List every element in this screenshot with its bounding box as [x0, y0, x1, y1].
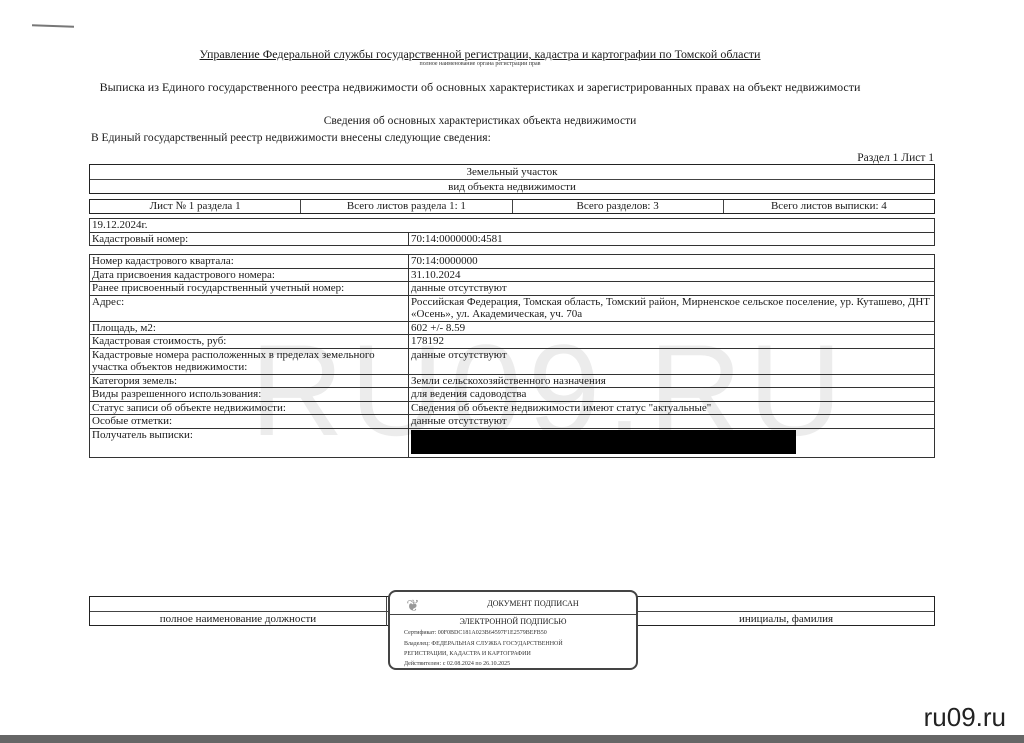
row-label: Кадастровая стоимость, руб: — [90, 335, 409, 349]
stamp-line-2: ЭЛЕКТРОННОЙ ПОДПИСЬЮ — [390, 614, 636, 626]
row-value: Российская Федерация, Томская область, Т… — [409, 295, 935, 321]
table-row: Кадастровые номера расположенных в преде… — [90, 348, 935, 374]
table-row: 19.12.2024г. — [90, 219, 935, 233]
initials-caption: инициалы, фамилия — [637, 612, 934, 626]
table-row: Статус записи об объекте недвижимости:Св… — [90, 401, 935, 415]
object-type-box: Земельный участок вид объекта недвижимос… — [89, 164, 935, 194]
table-row: Категория земель:Земли сельскохозяйствен… — [90, 374, 935, 388]
stamp-line-1: ДОКУМЕНТ ПОДПИСАН — [430, 599, 636, 608]
row-value: 602 +/- 8.59 — [409, 321, 935, 335]
intro-text: В Единый государственный реестр недвижим… — [91, 132, 491, 144]
owner-line-1: Владелец: ФЕДЕРАЛЬНАЯ СЛУЖБА ГОСУДАРСТВЕ… — [404, 641, 563, 647]
organization-name: Управление Федеральной службы государств… — [200, 47, 761, 61]
row-label: Виды разрешенного использования: — [90, 388, 409, 402]
row-label: Адрес: — [90, 295, 409, 321]
total-sections: Всего разделов: 3 — [512, 200, 723, 213]
extract-date: 19.12.2024г. — [90, 219, 935, 233]
redaction-bar — [411, 430, 796, 454]
sheet-info: Лист № 1 раздела 1 Всего листов раздела … — [89, 199, 935, 214]
object-type-caption: вид объекта недвижимости — [90, 179, 934, 194]
object-type: Земельный участок — [90, 165, 934, 179]
total-sheets: Всего листов выписки: 4 — [723, 200, 934, 213]
section-sheet-label: Раздел 1 Лист 1 — [857, 152, 934, 164]
table-row: Виды разрешенного использования:для веде… — [90, 388, 935, 402]
electronic-signature-stamp: ❦ ДОКУМЕНТ ПОДПИСАН ЭЛЕКТРОННОЙ ПОДПИСЬЮ… — [388, 590, 638, 670]
row-label: Ранее присвоенный государственный учетны… — [90, 282, 409, 296]
scan-edge — [0, 735, 1024, 743]
cadastral-number-label: Кадастровый номер: — [90, 232, 409, 246]
organization-title: Управление Федеральной службы государств… — [0, 47, 960, 62]
row-value: Земли сельскохозяйственного назначения — [409, 374, 935, 388]
owner-line-2: РЕГИСТРАЦИИ, КАДАСТРА И КАРТОГРАФИИ — [404, 651, 531, 657]
row-label: Получатель выписки: — [90, 428, 409, 458]
section-title: Сведения об основных характеристиках объ… — [0, 115, 960, 127]
row-value: данные отсутствуют — [409, 415, 935, 429]
table-row: Ранее присвоенный государственный учетны… — [90, 282, 935, 296]
table-row: Кадастровый номер: 70:14:0000000:4581 — [90, 232, 935, 246]
scan-mark — [32, 24, 74, 27]
characteristics-table: Номер кадастрового квартала:70:14:000000… — [89, 254, 935, 458]
row-label: Кадастровые номера расположенных в преде… — [90, 348, 409, 374]
organization-caption: полное наименование органа регистрации п… — [0, 61, 960, 67]
table-row: Особые отметки:данные отсутствуют — [90, 415, 935, 429]
position-caption: полное наименование должности — [90, 612, 386, 626]
position-cell — [90, 597, 386, 611]
table-row: Кадастровая стоимость, руб:178192 — [90, 335, 935, 349]
table-row: Номер кадастрового квартала:70:14:000000… — [90, 255, 935, 269]
extract-title: Выписка из Единого государственного реес… — [0, 80, 960, 95]
row-value: Сведения об объекте недвижимости имеют с… — [409, 401, 935, 415]
sheet-number: Лист № 1 раздела 1 — [90, 200, 300, 213]
row-label: Категория земель: — [90, 374, 409, 388]
sheets-in-section: Всего листов раздела 1: 1 — [300, 200, 511, 213]
table-row: Адрес:Российская Федерация, Томская обла… — [90, 295, 935, 321]
table-row: Получатель выписки: — [90, 428, 935, 458]
row-value: данные отсутствуют — [409, 348, 935, 374]
cadastral-number-value: 70:14:0000000:4581 — [409, 232, 935, 246]
row-label: Номер кадастрового квартала: — [90, 255, 409, 269]
row-value: для ведения садоводства — [409, 388, 935, 402]
validity: Действителен: с 02.08.2024 по 26.10.2025 — [404, 661, 510, 667]
certificate: Сертификат: 00F0BDC181A023B64597F1E2579B… — [404, 630, 547, 636]
header-table: 19.12.2024г. Кадастровый номер: 70:14:00… — [89, 218, 935, 246]
row-value: 178192 — [409, 335, 935, 349]
recipient-value — [409, 428, 935, 458]
row-value: 70:14:0000000 — [409, 255, 935, 269]
site-watermark: ru09.ru — [924, 702, 1006, 733]
row-label: Площадь, м2: — [90, 321, 409, 335]
row-label: Статус записи об объекте недвижимости: — [90, 401, 409, 415]
row-value: 31.10.2024 — [409, 268, 935, 282]
table-row: Дата присвоения кадастрового номера:31.1… — [90, 268, 935, 282]
row-label: Особые отметки: — [90, 415, 409, 429]
initials-cell — [637, 597, 934, 611]
row-label: Дата присвоения кадастрового номера: — [90, 268, 409, 282]
row-value: данные отсутствуют — [409, 282, 935, 296]
table-row: Площадь, м2:602 +/- 8.59 — [90, 321, 935, 335]
